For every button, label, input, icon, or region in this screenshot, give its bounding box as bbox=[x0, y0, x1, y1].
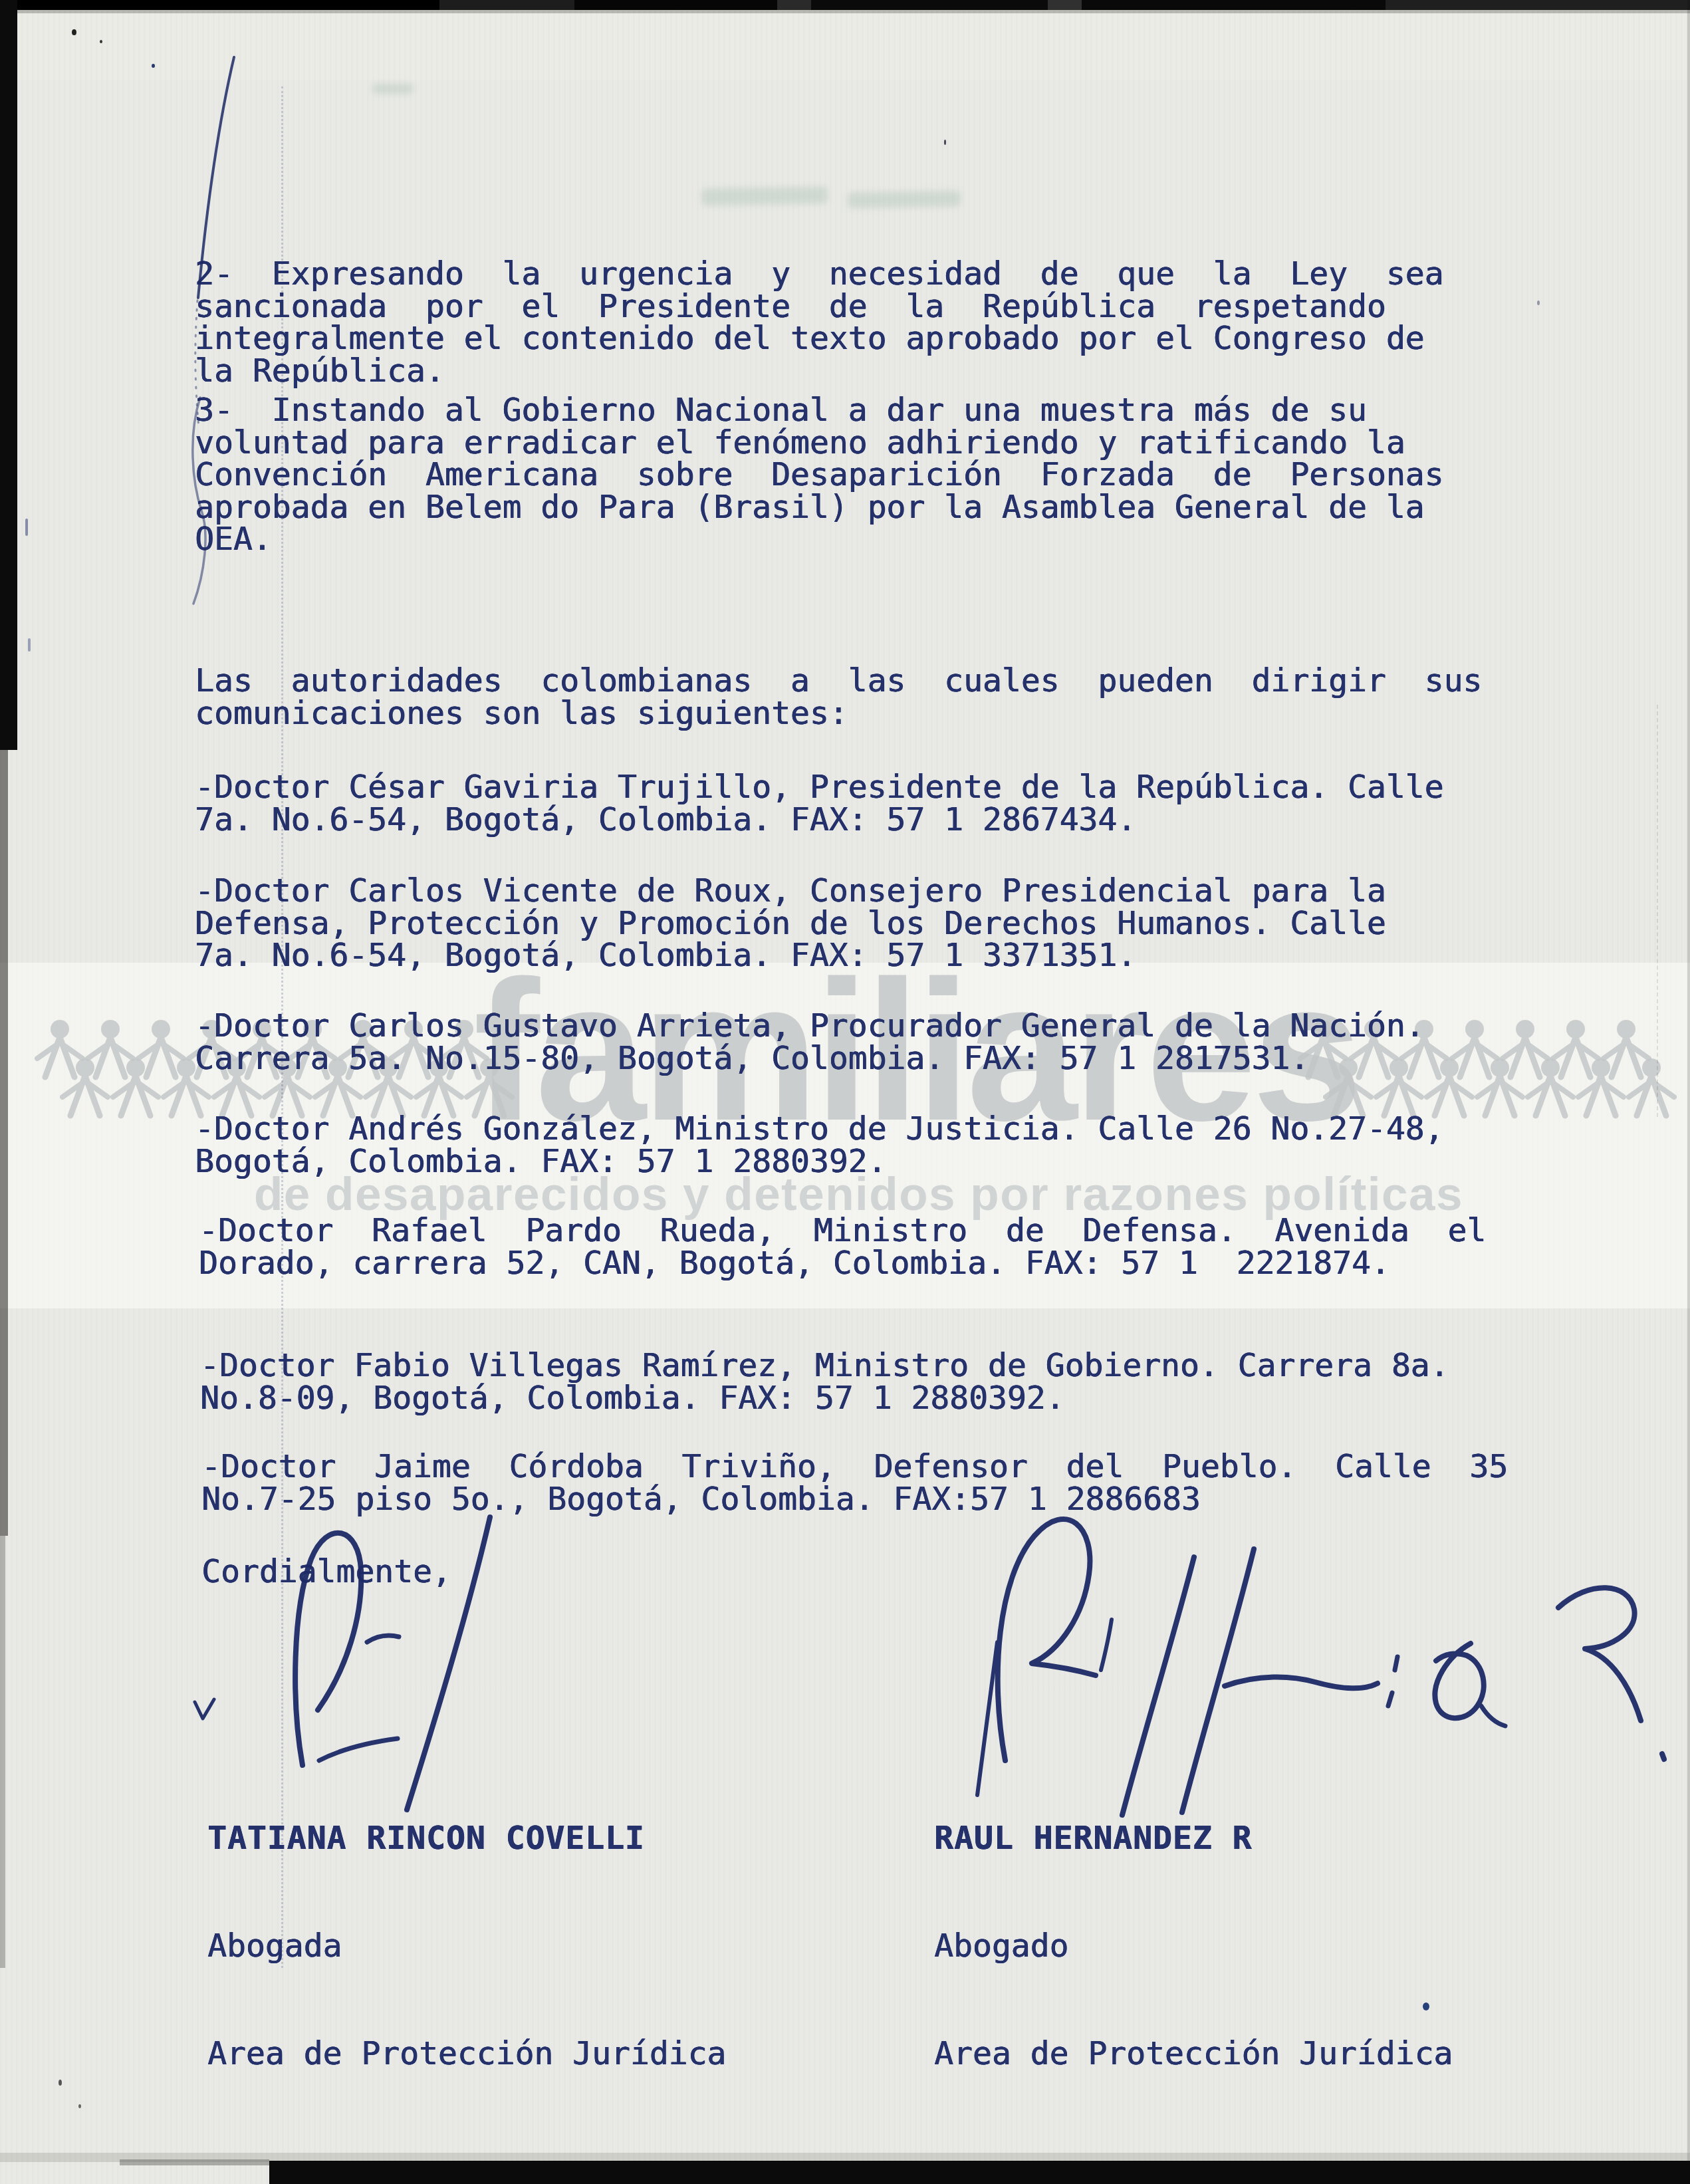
scan-edge-left bbox=[0, 0, 17, 750]
ink-speck bbox=[28, 638, 31, 652]
ink-speck bbox=[1423, 2002, 1429, 2010]
scan-edge-bottom-smudge bbox=[120, 2159, 269, 2165]
fold-crease-line bbox=[1657, 705, 1658, 1117]
ink-speck bbox=[944, 140, 946, 145]
scan-edge-bottom bbox=[269, 2161, 1690, 2184]
scan-edge-left bbox=[0, 1536, 5, 1968]
pen-stroke-top-left bbox=[193, 57, 234, 604]
ink-speck bbox=[100, 40, 102, 43]
scanned-letter-page: familiares de desaparecidos y detenidos … bbox=[0, 0, 1690, 2184]
ink-speck bbox=[78, 2104, 81, 2108]
scan-edge-top bbox=[0, 0, 1690, 10]
ink-speck bbox=[1537, 301, 1540, 305]
fold-crease-line bbox=[281, 86, 283, 1968]
handwriting-layer bbox=[0, 0, 1690, 2184]
ink-speck bbox=[72, 29, 76, 35]
ink-speck bbox=[25, 519, 28, 536]
scan-edge-top-shadow bbox=[0, 10, 1690, 13]
scan-edge-left bbox=[0, 750, 8, 1536]
ink-speck bbox=[152, 64, 155, 68]
signature-tatiana bbox=[195, 1517, 490, 1810]
check-mark bbox=[195, 1699, 214, 1719]
signature-raul bbox=[977, 1519, 1664, 1815]
scan-edge-right bbox=[1687, 0, 1690, 2184]
ink-speck bbox=[59, 2080, 62, 2086]
